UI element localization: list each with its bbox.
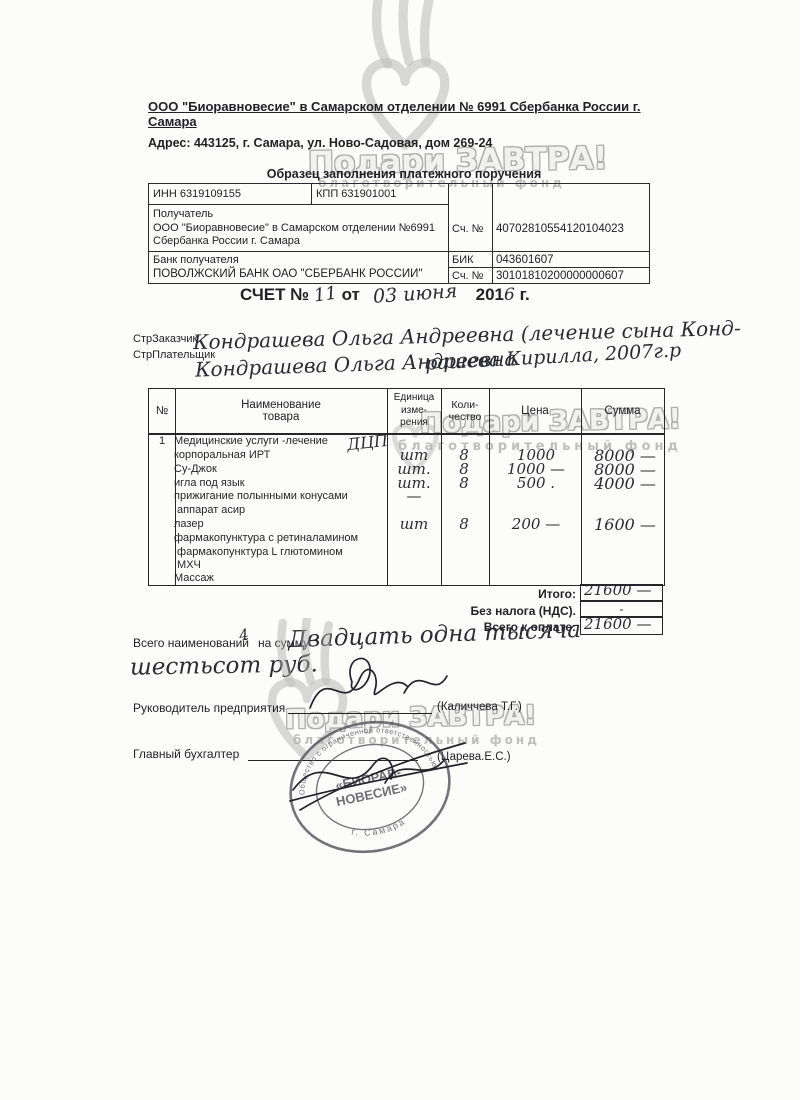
form-title: Образец заполнения платежного поручения [148,167,660,181]
bik-number: 043601607 [496,254,554,267]
director-label: Руководитель предприятия [133,701,285,715]
bank-inn: ИНН 6319109155 [153,188,241,201]
corr-account-number: 30101810200000000607 [496,270,624,283]
invoice-year-digit: 6 [504,285,515,305]
bank-label: Банк получателя [153,254,239,267]
row-name: Медицинские услуги -лечение [174,435,328,447]
bank-name: ПОВОЛЖСКИЙ БАНК ОАО "СБЕРБАНК РОССИИ" [153,268,423,281]
row-qty: 8 [441,515,487,533]
col-header-unit: Единица изме- рения [387,389,442,433]
scanned-invoice-page: Подари ЗАВТРА! благотворительный фонд ОО… [0,0,800,1100]
invoice-number-line: СЧЕТ № 11 от 03 июня 2016 г. [240,283,530,305]
row-name: прижигание полынными конусами [174,490,348,502]
row-name: лазер [174,518,204,530]
account-number: 40702810554120104023 [496,223,624,236]
row-name: фармакопунктура с ретиналамином [174,532,358,544]
corr-account-label: Сч. № [452,270,483,283]
tax-label: Без налога (НДС). [330,604,576,618]
table-row: прижигание полынными конусами — [149,490,664,504]
itogo-box: 21600 — [580,584,663,601]
table-row: фармакопунктура L глютомином [149,546,664,560]
customer-label: СтрЗаказчик [133,333,197,345]
row-unit: шт [389,515,439,533]
company-header: ООО "Биоравновесие" в Самарском отделени… [148,99,663,129]
invoice-date-handwritten: 03 июня [372,280,458,308]
itogo-label: Итого: [330,587,576,601]
row-num: 1 [153,435,171,447]
table-row: лазер шт 8 200 — 1600 — [149,518,664,532]
accountant-label: Главный бухгалтер [133,747,239,761]
recipient-label: Получатель [153,208,213,221]
charity-hands-heart-logo [305,0,505,152]
invoice-title: СЧЕТ № [240,285,309,304]
row-name: фармакопунктура L глютомином [174,546,343,558]
col-header-sum: Сумма [581,389,664,433]
accountant-signature [285,735,470,820]
recipient-name: ООО "Биоравновесие" в Самарском отделени… [153,222,443,247]
col-header-price: Цена [489,389,582,433]
director-signature [292,648,452,723]
items-table: № Наименование товара Единица изме- рени… [148,388,665,586]
row-name: МХЧ [174,559,201,571]
invoice-from-word: от [342,285,360,304]
row-name: аппарат асир [174,504,245,516]
row-name: корпоральная ИРТ [174,449,270,461]
account-label: Сч. № [452,223,483,236]
row-price: 200 — [493,515,579,533]
invoice-year: 201 [476,285,504,304]
tax-value: - [581,602,662,616]
invoice-number-handwritten: 11 [313,283,339,307]
company-address: Адрес: 443125, г. Самара, ул. Ново-Садов… [148,136,492,150]
total-box: 21600 — [580,617,663,635]
col-header-num: № [149,389,176,433]
row-name: игла под язык [174,477,245,489]
row-name: Массаж [174,572,214,584]
table-row: фармакопунктура с ретиналамином [149,532,664,546]
bik-label: БИК [452,254,474,267]
invoice-year-suffix: г. [520,285,530,304]
total-value: 21600 — [584,615,652,633]
bank-kpp: КПП 631901001 [316,188,396,201]
bank-details-table: ИНН 6319109155 КПП 631901001 Получатель … [148,183,650,284]
col-header-qty: Коли- чество [441,389,490,433]
row-name: Су-Джок [174,463,217,475]
row-unit: — [389,487,439,505]
table-row: МХЧ [149,559,664,573]
itogo-value: 21600 — [584,581,652,599]
col-header-name: Наименование товара [175,389,388,433]
